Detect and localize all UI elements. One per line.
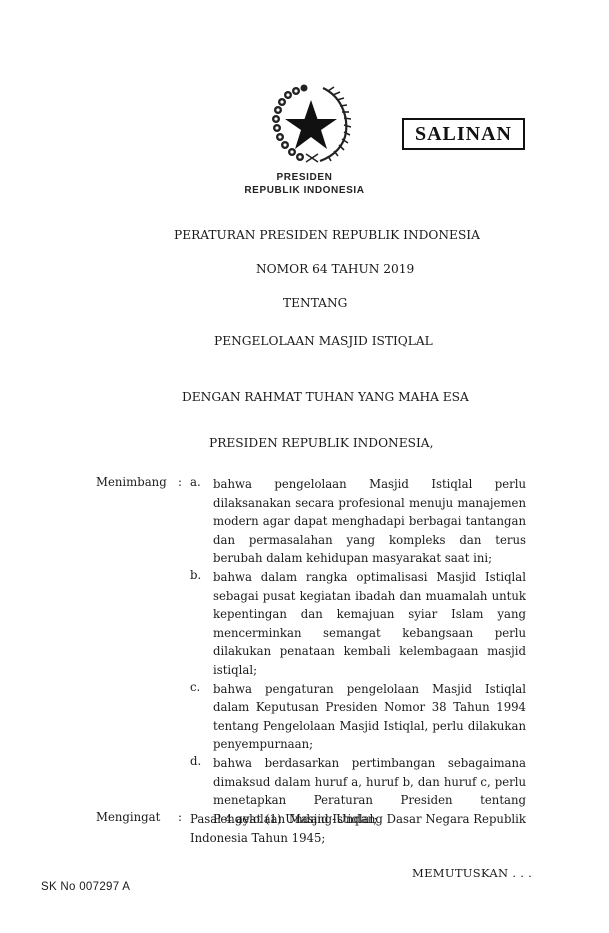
- item-text: bahwa pengelolaan Masjid Istiqlal perlu …: [213, 475, 526, 568]
- item-marker: b.: [190, 568, 213, 680]
- regulation-subject: PENGELOLAAN MASJID ISTIQLAL: [214, 334, 433, 348]
- item-text: bahwa pengaturan pengelolaan Masjid Isti…: [213, 680, 526, 754]
- item-marker: a.: [190, 475, 213, 568]
- item-marker: c.: [190, 680, 213, 754]
- salinan-stamp: SALINAN: [402, 118, 525, 150]
- regulation-title: PERATURAN PRESIDEN REPUBLIK INDONESIA: [174, 228, 480, 242]
- menimbang-section: Menimbang : a. bahwa pengelolaan Masjid …: [96, 475, 526, 828]
- header-republik-indonesia: REPUBLIK INDONESIA: [0, 185, 609, 196]
- mengingat-label: Mengingat: [96, 810, 160, 824]
- menimbang-item-c: c. bahwa pengaturan pengelolaan Masjid I…: [190, 680, 526, 754]
- menimbang-colon: :: [178, 475, 182, 489]
- mengingat-text: Pasal 4 ayat (1) Undang-Undang Dasar Neg…: [190, 810, 526, 847]
- continuation-marker: MEMUTUSKAN . . .: [412, 866, 532, 880]
- footer-document-code: SK No 007297 A: [41, 881, 130, 893]
- menimbang-item-b: b. bahwa dalam rangka optimalisasi Masji…: [190, 568, 526, 680]
- item-text: bahwa dalam rangka optimalisasi Masjid I…: [213, 568, 526, 680]
- regulation-number: NOMOR 64 TAHUN 2019: [256, 262, 414, 276]
- issuer: PRESIDEN REPUBLIK INDONESIA,: [209, 436, 433, 450]
- about-label: TENTANG: [283, 296, 347, 310]
- presidential-emblem-icon: [268, 82, 354, 168]
- menimbang-label: Menimbang: [96, 475, 167, 489]
- header-presiden: PRESIDEN: [0, 172, 609, 183]
- menimbang-item-a: a. bahwa pengelolaan Masjid Istiqlal per…: [190, 475, 526, 568]
- mengingat-section: Mengingat : Pasal 4 ayat (1) Undang-Unda…: [96, 810, 526, 847]
- mengingat-colon: :: [178, 810, 182, 824]
- menimbang-list: a. bahwa pengelolaan Masjid Istiqlal per…: [190, 475, 526, 828]
- preamble: DENGAN RAHMAT TUHAN YANG MAHA ESA: [182, 390, 469, 404]
